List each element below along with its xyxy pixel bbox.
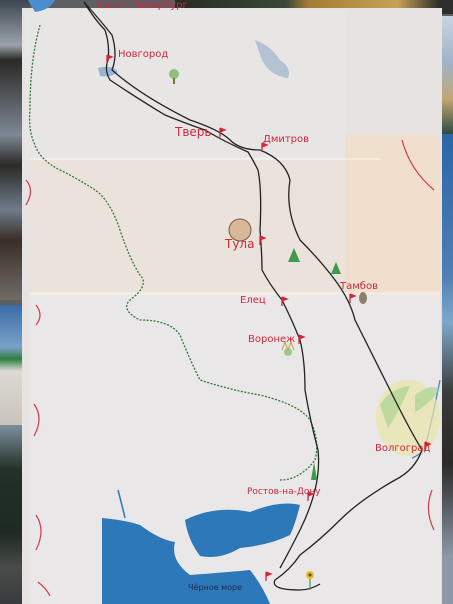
city-label-saint-petersburg: Санкт-Петербург (97, 0, 188, 11)
river-don-west (118, 490, 125, 518)
city-label-voronezh: Воронеж (248, 334, 295, 345)
wolf-icon (359, 292, 367, 304)
city-label-tambov: Тамбов (340, 281, 378, 292)
route-line (84, 2, 319, 568)
lake-ladoga (255, 40, 289, 78)
city-label-volgograd: Волгоград (375, 443, 430, 454)
fir-tree-icon (288, 248, 300, 262)
fir-tree-icon (311, 462, 317, 480)
lake-top-left (28, 0, 55, 12)
border-line (30, 25, 317, 480)
sea-of-azov (185, 504, 300, 557)
city-label-tver: Тверь (175, 125, 211, 139)
city-label-dmitrov: Дмитров (263, 134, 309, 145)
city-label-rostov-on-don: Ростов-на-Дону (247, 487, 321, 497)
city-label-novgorod: Новгород (118, 49, 168, 60)
tree-icon (169, 69, 179, 84)
sea-label-black-sea: Чёрное море (188, 583, 242, 592)
city-label-tula: Тула (225, 237, 254, 251)
fir-tree-icon (331, 262, 341, 274)
map-drawing-layer (0, 0, 453, 604)
city-label-yelets: Елец (240, 295, 266, 306)
